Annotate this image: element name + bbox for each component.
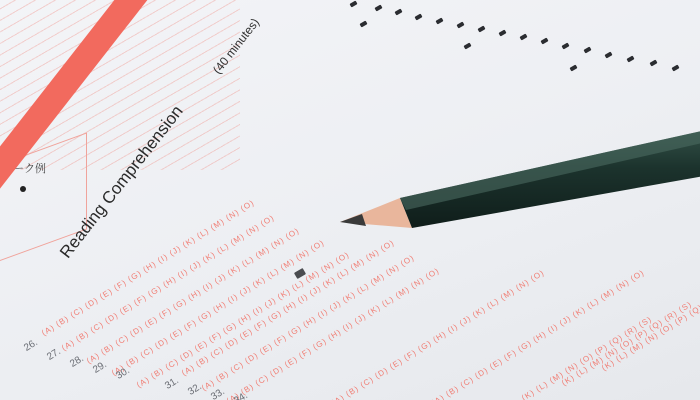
question-number: 27. xyxy=(45,346,63,363)
question-number: 28. xyxy=(68,353,86,370)
question-number: 31. xyxy=(163,375,181,392)
timing-mark xyxy=(374,5,382,12)
filled-bubble-example xyxy=(20,186,26,192)
timing-mark xyxy=(626,56,634,63)
timing-mark xyxy=(359,21,367,28)
pencil xyxy=(340,118,700,228)
pencil-lead xyxy=(340,214,366,226)
photo-scene: マーク例 Reading Comprehension (40 minutes) … xyxy=(0,0,700,400)
timing-mark xyxy=(540,38,548,45)
question-number: 26. xyxy=(22,337,40,354)
timing-mark xyxy=(671,65,679,72)
timing-mark xyxy=(569,65,577,72)
timing-mark xyxy=(456,22,464,29)
choice-row: (A) (B) (C) (D) (E) (F) (G) (H) (I) (J) … xyxy=(430,268,646,400)
timing-mark xyxy=(519,34,527,41)
timing-mark xyxy=(561,43,569,50)
choice-row: (K) (L) (M) (N) (O) (P) (Q) (R) (S) xyxy=(520,315,654,400)
timing-mark xyxy=(477,26,485,33)
timing-mark xyxy=(649,60,657,67)
timing-mark xyxy=(394,9,402,16)
timing-mark xyxy=(435,18,443,25)
timing-mark xyxy=(604,52,612,59)
timing-mark xyxy=(498,30,506,37)
timing-mark xyxy=(349,1,357,8)
timing-mark xyxy=(463,43,471,50)
timing-mark xyxy=(583,47,591,54)
timing-mark xyxy=(414,14,422,21)
